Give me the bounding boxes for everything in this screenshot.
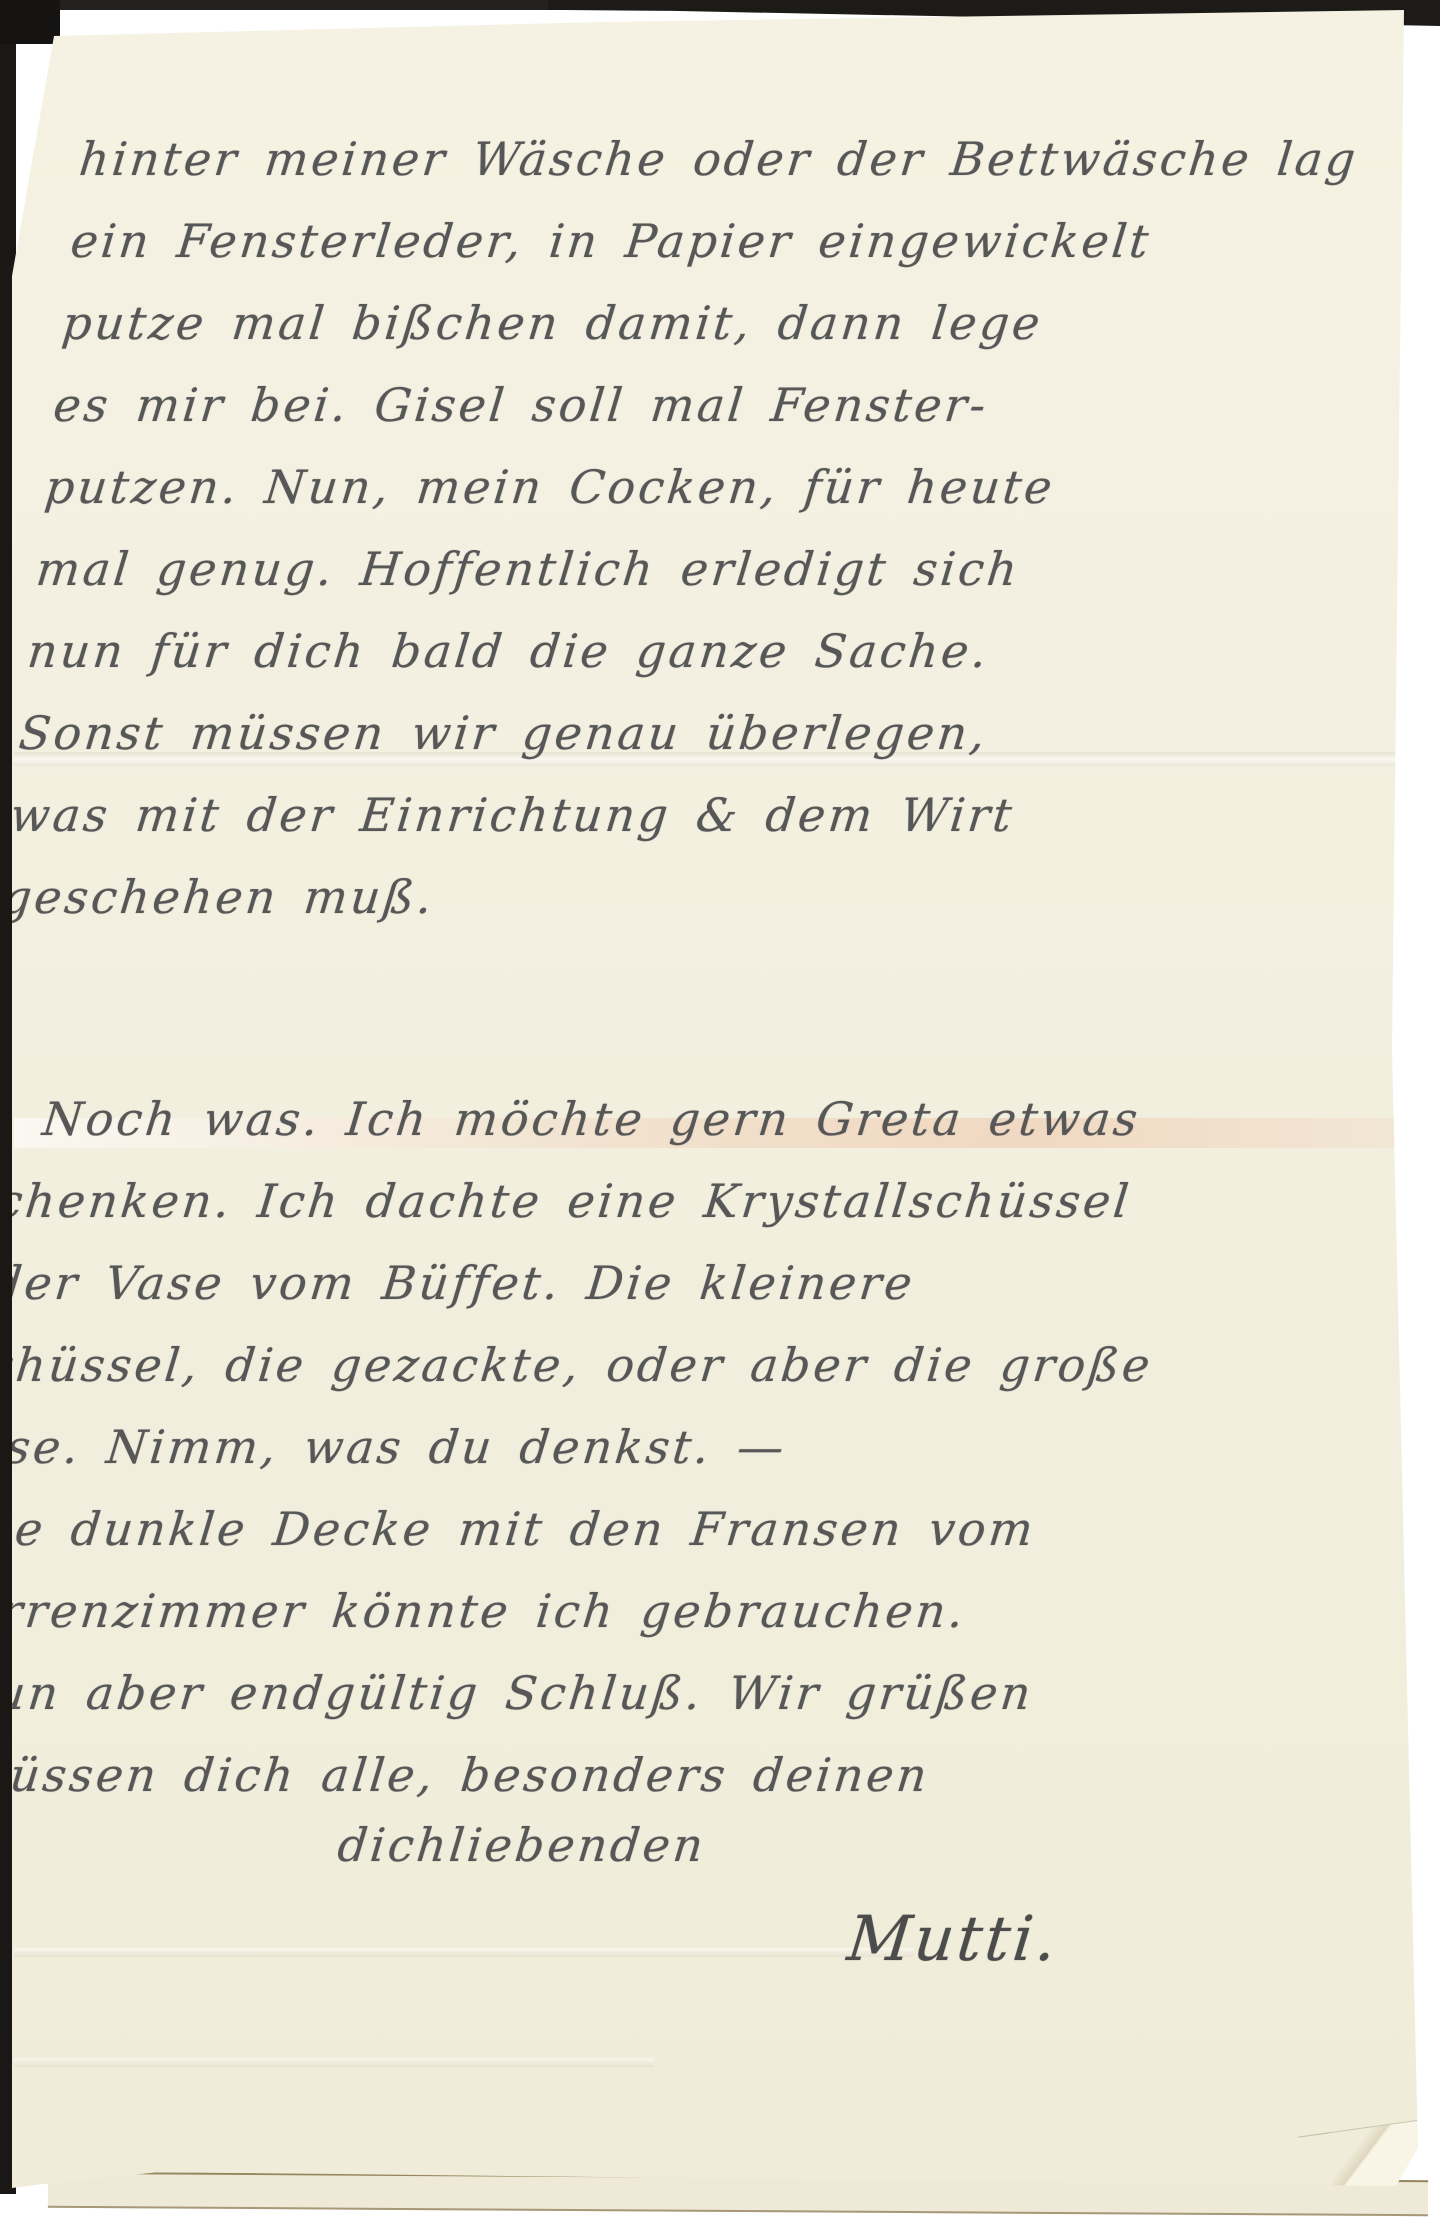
handwritten-line: putzen. Nun, mein Cocken, für heute [41,446,1328,528]
handwritten-line: es mir bei. Gisel soll mal Fenster- [50,364,1337,446]
handwritten-line: schenken. Ich dachte eine Krystallschüss… [0,1160,1253,1242]
letter-paper: hinter meiner Wäsche oder der Bettwäsche… [0,0,1440,2236]
handwritten-line: Nun aber endgültig Schluß. Wir grüßen [0,1652,1201,1734]
signature: Mutti. [844,1902,1062,1975]
handwritten-line: Noch was. Ich möchte gern Greta etwas [0,1078,1261,1160]
handwritten-line: & küssen dich alle, besonders deinen [0,1734,1192,1816]
handwritten-line: Die dunkle Decke mit den Fransen vom [0,1488,1218,1570]
handwritten-line: nun für dich bald die ganze Sache. [24,610,1311,692]
fold-crease [14,1948,914,1957]
handwritten-line: Schüssel, die gezackte, oder aber die gr… [0,1324,1236,1406]
valediction: dichliebenden [335,1818,708,1872]
fold-crease [14,2058,654,2067]
handwritten-line: oder Vase vom Büffet. Die kleinere [0,1242,1244,1324]
handwritten-line: mal genug. Hoffentlich erledigt sich [32,528,1319,610]
handwritten-line: geschehen muß. [0,856,1285,938]
scan-edge-top-left [0,0,60,44]
handwritten-line: Vase. Nimm, was du denkst. — [0,1406,1227,1488]
handwritten-line: Sonst müssen wir genau überlegen, [15,692,1302,774]
handwritten-line: hinter meiner Wäsche oder der Bettwäsche… [75,118,1362,200]
handwritten-line: was mit der Einrichtung & dem Wirt [6,774,1293,856]
handwritten-line: putze mal bißchen damit, dann lege [58,282,1345,364]
handwritten-line: Herrenzimmer könnte ich gebrauchen. [0,1570,1210,1652]
handwritten-line: ein Fensterleder, in Papier eingewickelt [67,200,1354,282]
letter-lines: hinter meiner Wäsche oder der Bettwäsche… [0,118,1362,1816]
